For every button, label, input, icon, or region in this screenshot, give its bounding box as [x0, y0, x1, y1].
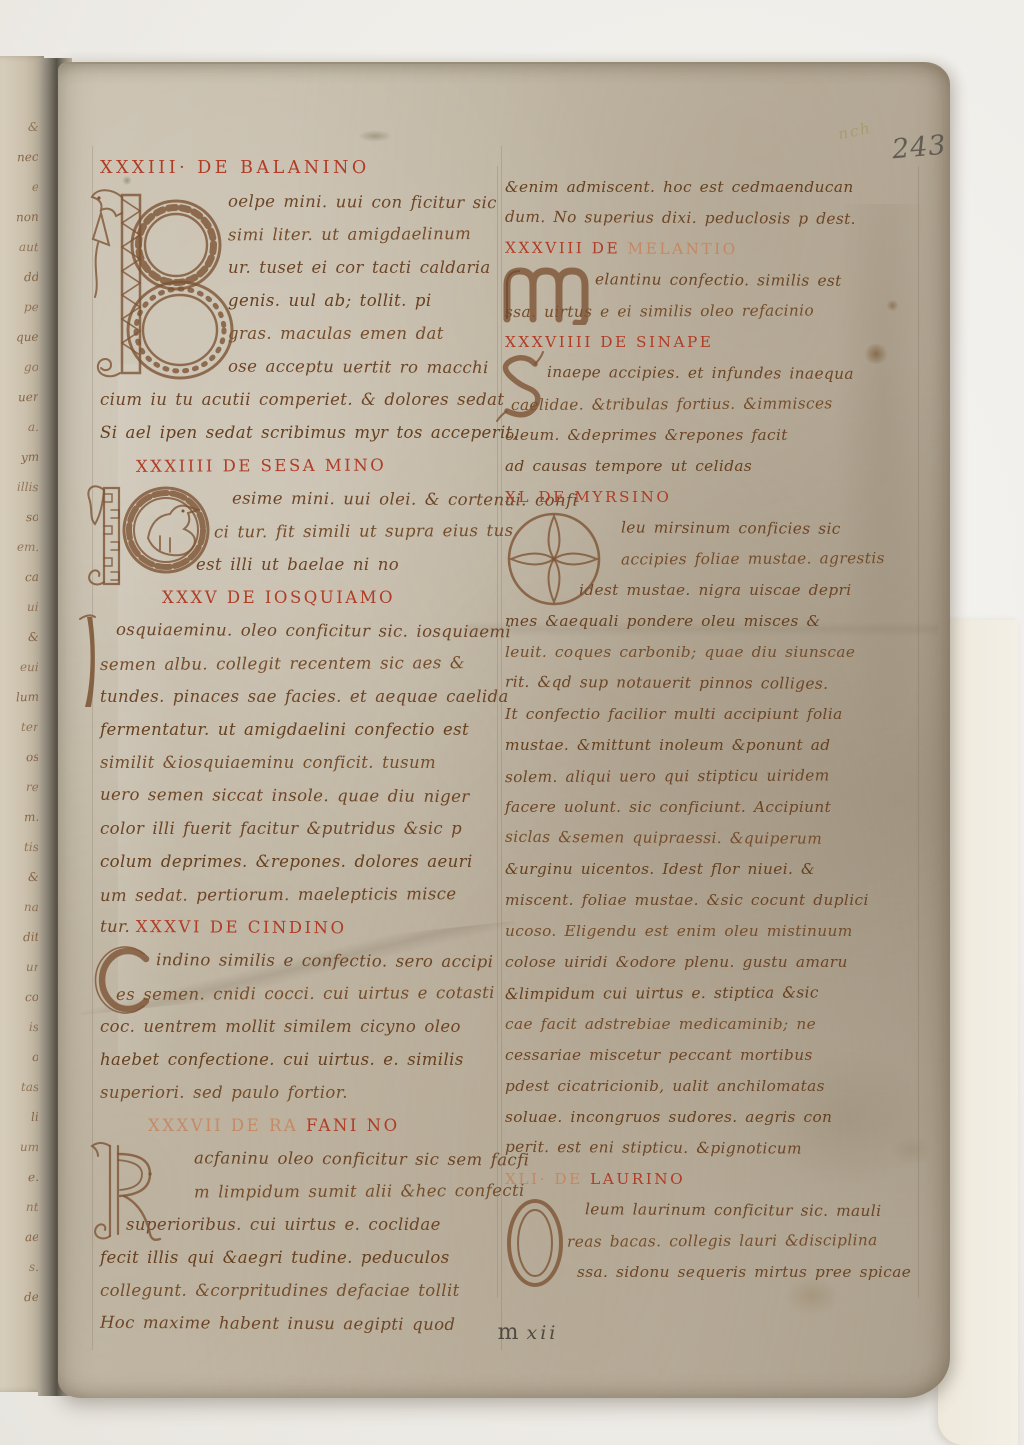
manuscript-line: cae facit adstrebiae medicaminib; ne [505, 1009, 915, 1040]
quire-signature: m xii [448, 1320, 608, 1345]
manuscript-line: osquiaeminu. oleo conficitur sic. iosqui… [100, 613, 498, 648]
chapter-rubric: xli· de laurino [505, 1164, 915, 1195]
chapter-rubric: xxxviiii de sinape [505, 327, 915, 358]
manuscript-line: mes &aequali pondere oleu misces & [505, 606, 915, 637]
manuscript-line: Si ael ipen sedat scribimus myr tos acce… [100, 416, 498, 449]
chapter-rubric: xxxviii de melantio [505, 233, 915, 267]
manuscript-line: semen albu. collegit recentem sic aes & [100, 646, 498, 681]
facing-page-text-fragment: pe [24, 300, 39, 314]
manuscript-line: ssa. uirtus e ei similis oleo refacinio [505, 295, 915, 328]
rubric-text: xxxiii· de balanino [100, 158, 370, 178]
manuscript-line: colum deprimes. &repones. dolores aeuri [100, 845, 498, 878]
chapter-rubric: xl de myrsino [505, 482, 915, 513]
rubric-text: xxxviii de [505, 239, 628, 258]
manuscript-line: es semen. cnidi cocci. cui uirtus e cota… [100, 976, 498, 1011]
rubric-text: xli· de [505, 1170, 590, 1188]
manuscript-line: ad causas tempore ut celidas [505, 451, 915, 482]
facing-page-text-fragment: tis [24, 840, 39, 854]
manuscript-line: superioribus. cui uirtus e. coclidae [100, 1208, 498, 1241]
manuscript-line: soluae. incongruos sudores. aegris con [505, 1102, 915, 1133]
facing-page-text-fragment: na [24, 900, 39, 914]
manuscript-line: ur. tuset ei cor tacti caldaria [100, 251, 498, 284]
chapter-body: osquiaeminu. oleo conficitur sic. iosqui… [100, 614, 498, 911]
manuscript-line: rit. &qd sup notauerit pinnos colliges. [505, 667, 915, 701]
rubric-text: laurino [590, 1170, 685, 1188]
manuscript-line: perit. est eni stipticu. &pignoticum [505, 1132, 915, 1166]
rubric-text: fani no [306, 1116, 400, 1135]
manuscript-line: pdest cicatricionib, ualit anchilomatas [505, 1071, 915, 1102]
manuscript-line: idest mustae. nigra uiscae depri [505, 575, 915, 606]
manuscript-line: gras. maculas emen dat [100, 317, 498, 350]
manuscript-line: ci tur. fit simili ut supra eius tus [100, 514, 498, 549]
facing-page-text-fragment: nec [17, 150, 39, 165]
chapter-rubric: tur. xxxvi de cindino [100, 910, 498, 945]
manuscript-line: indino similis e confectio. sero accipi [100, 943, 498, 978]
manuscript-line: um sedat. pertiorum. maelepticis misce [100, 877, 498, 912]
underlying-page-edge [938, 620, 1018, 1445]
manuscript-line: &urginu uicentos. Idest flor niuei. & [505, 854, 915, 885]
rubric-text: xxxvi de cindino [136, 917, 347, 937]
manuscript-line: fecit illis qui &aegri tudine. peduculos [100, 1241, 498, 1274]
chapter-rubric: xxxiiii de sesa mino [100, 448, 498, 483]
manuscript-line: superiori. sed paulo fortior. [100, 1076, 498, 1109]
chapter-body: acfaninu oleo conficitur sic sem facfim … [100, 1142, 498, 1340]
facing-page-text-fragment: lum [16, 690, 39, 705]
manuscript-line: accipies foliae mustae. agrestis [505, 543, 915, 576]
manuscript-line: acfaninu oleo conficitur sic sem facfi [100, 1141, 498, 1176]
rubric-text: melantio [627, 239, 737, 258]
chapter-body: oelpe mini. uui con ficitur sicsimi lite… [100, 185, 498, 449]
manuscript-line: similit &iosquiaeminu conficit. tusum [100, 746, 498, 779]
manuscript-line: leuit. coques carbonib; quae diu siunsca… [505, 637, 915, 668]
chapter-rubric: xxxv de iosquiamo [100, 581, 498, 614]
manuscript-line: reas bacas. collegis lauri &disciplina [505, 1225, 915, 1258]
corner-annotation: nch [836, 119, 873, 144]
manuscript-line: &limpidum cui uirtus e. stiptica &sic [505, 977, 915, 1010]
rubric-text: tur. [100, 917, 136, 936]
facing-page-text-fragment: non [16, 210, 39, 225]
manuscript-line: cessariae miscetur peccant mortibus [505, 1040, 915, 1071]
chapter-body: leu mirsinum conficies sicaccipies folia… [505, 513, 915, 1164]
manuscript-line: &enim admiscent. hoc est cedmaenducan [505, 172, 915, 203]
manuscript-line: collegunt. &corpritudines defaciae tolli… [100, 1274, 498, 1307]
text-column-right: &enim admiscent. hoc est cedmaenducandum… [505, 172, 915, 1288]
chapter-body: inaepe accipies. et infundes inaequacael… [505, 358, 915, 482]
manuscript-page: nch 243 xxxiii· de balanino oelpe mini. … [58, 62, 950, 1398]
manuscript-line: oleum. &deprimes &repones facit [505, 420, 915, 451]
manuscript-line: est illi ut baelae ni no [100, 548, 498, 581]
stain [358, 130, 392, 142]
quire-letter: m [498, 1320, 518, 1345]
chapter-rubric: xxxvii de ra fani no [100, 1109, 498, 1142]
manuscript-photo: &necenonautddpequegouera.ymillissoem.cau… [0, 0, 1024, 1445]
text-column-left: xxxiii· de balanino oelpe mini. uui con … [100, 152, 498, 1340]
chapter-body: esime mini. uui olei. & cortenui. confic… [100, 482, 498, 581]
rubric-text: xl de myrsino [505, 488, 671, 506]
facing-page-text-fragment: dit [22, 930, 39, 945]
manuscript-line: miscent. foliae mustae. &sic cocunt dupl… [505, 885, 915, 916]
manuscript-line: oelpe mini. uui con ficitur sic [100, 184, 498, 219]
manuscript-line: mustae. &mittunt inoleum &ponunt ad [505, 730, 915, 761]
manuscript-line: siclas &semen quipraessi. &quiperum [505, 822, 915, 856]
manuscript-line: elantinu confectio. similis est [505, 264, 915, 298]
manuscript-line: fermentatur. ut amigdaelini confectio es… [100, 713, 498, 746]
facing-page-text-fragment: um [20, 1140, 39, 1154]
facing-page-text-fragment: tas [21, 1080, 39, 1094]
rubric-text: xxxv de iosquiamo [162, 588, 395, 607]
manuscript-line: color illi fuerit facitur &putridus &sic… [100, 812, 498, 845]
manuscript-line: solem. aliqui uero qui stipticu uiridem [505, 760, 915, 793]
chapter-body: elantinu confectio. similis estssa. uirt… [505, 265, 915, 327]
manuscript-line: cium iu tu acutii comperiet. & dolores s… [100, 383, 498, 416]
manuscript-line: inaepe accipies. et infundes inaequa [505, 357, 915, 391]
manuscript-line: It confectio facilior multi accipiunt fo… [505, 699, 915, 730]
facing-page-text-fragment: que [16, 330, 39, 345]
chapter-body: indino similis e confectio. sero accipie… [100, 944, 498, 1109]
facing-page-text-fragment: illis [17, 480, 39, 494]
manuscript-line: m limpidum sumit alii &hec confecti [100, 1174, 498, 1209]
manuscript-line: ssa. sidonu sequeris mirtus pree spicae [505, 1257, 915, 1288]
manuscript-line: dum. No superius dixi. peduclosis p dest… [505, 202, 915, 236]
manuscript-line: caelidae. &tribulas fortius. &immisces [505, 388, 915, 421]
facing-page-text-fragment: eui [20, 660, 39, 674]
manuscript-line: facere uolunt. sic conficiunt. Accipiunt [505, 792, 915, 823]
rubric-text: xxxviiii de sinape [505, 333, 713, 351]
page-number: 243 [891, 130, 948, 166]
facing-page-text-fragment: m. [24, 810, 40, 825]
manuscript-line: ucoso. Eligendu est enim oleu mistinuum [505, 916, 915, 947]
facing-page-text-fragment: de [24, 1290, 39, 1305]
manuscript-line: uero semen siccat insole. quae diu niger [100, 778, 498, 813]
rubric-text: xxxiiii de sesa mino [136, 456, 386, 476]
manuscript-line: colose uiridi &odore plenu. gustu amaru [505, 947, 915, 978]
chapter-rubric: xxxiii· de balanino [100, 152, 498, 185]
manuscript-line: simi liter. ut amigdaelinum [100, 217, 498, 252]
quire-numeral: xii [527, 1322, 559, 1344]
facing-page-text-fragment: ym [21, 450, 40, 465]
manuscript-line: tundes. pinaces sae facies. et aequae ca… [100, 680, 498, 713]
chapter-body: leum laurinum conficitur sic. maulireas … [505, 1195, 915, 1288]
manuscript-line: genis. uul ab; tollit. pi [100, 284, 498, 317]
facing-page-text-fragment: em. [17, 540, 40, 554]
manuscript-line: Hoc maxime habent inusu aegipti quod [100, 1306, 498, 1341]
facing-page-text-fragment: go [24, 360, 39, 374]
chapter-body: &enim admiscent. hoc est cedmaenducandum… [505, 172, 915, 234]
manuscript-line: coc. uentrem mollit similem cicyno oleo [100, 1010, 498, 1043]
manuscript-line: ose acceptu uertit ro macchi [100, 349, 498, 384]
rubric-text: xxxvii de ra [148, 1116, 306, 1135]
facing-page-text-fragment: ter [21, 720, 39, 734]
manuscript-line: leu mirsinum conficies sic [505, 512, 915, 546]
manuscript-line: esime mini. uui olei. & cortenui. confi [100, 481, 498, 516]
facing-page-text-fragment: uer [18, 390, 39, 405]
manuscript-line: leum laurinum conficitur sic. mauli [505, 1194, 915, 1228]
facing-page-text-fragment: dd [23, 270, 39, 285]
facing-page-text-fragment: aut [19, 240, 39, 254]
decorated-initial-i [76, 612, 98, 712]
manuscript-line: haebet confectione. cui uirtus. e. simil… [100, 1043, 498, 1076]
